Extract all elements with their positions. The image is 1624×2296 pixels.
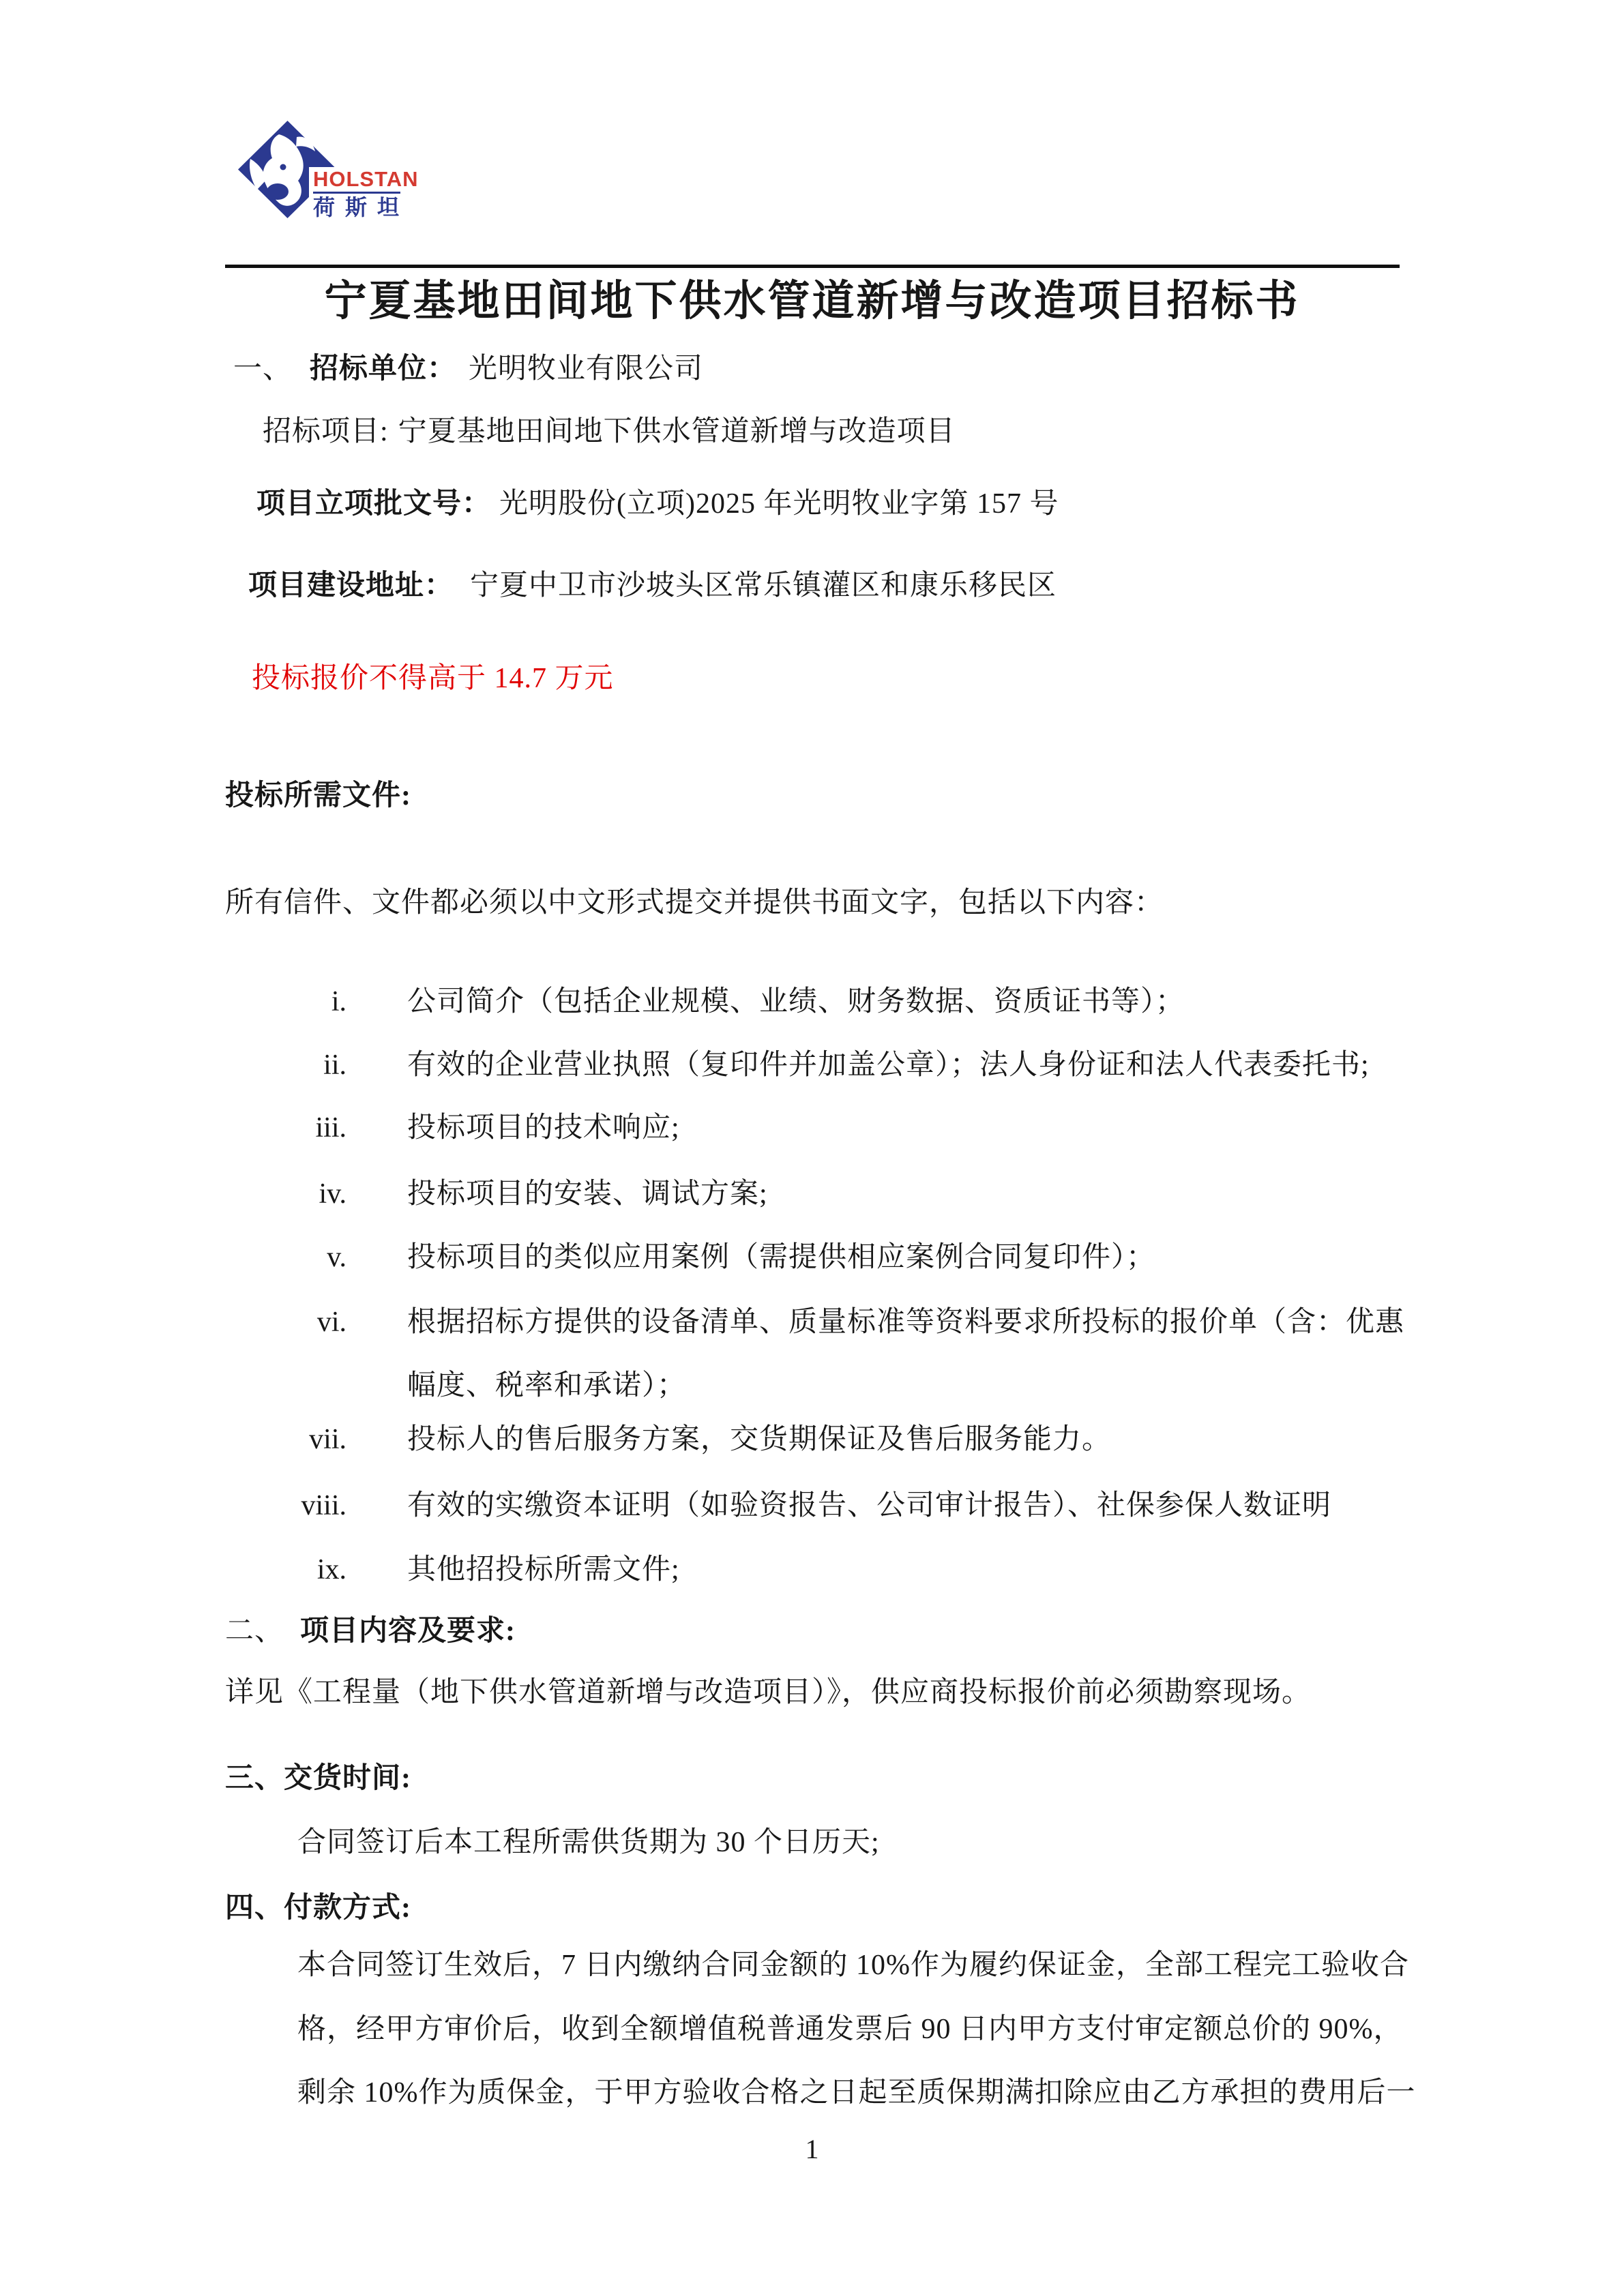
list-item-iv: 投标项目的安装、调试方案; [407, 1176, 768, 1213]
list-item-ii: 有效的企业营业执照（复印件并加盖公章）；法人身份证和法人代表委托书; [407, 1047, 1370, 1084]
header-rule [225, 265, 1400, 268]
list-num-ii: ii. [225, 1047, 346, 1084]
bid-project-label: 招标项目: [263, 416, 389, 447]
page-number: 1 [0, 2133, 1624, 2166]
list-num-iii: iii. [225, 1109, 346, 1147]
list-item-vi-line2: 幅度、税率和承诺）； [407, 1367, 686, 1405]
document-page: HOLSTAN 荷斯坦 宁夏基地田间地下供水管道新增与改造项目招标书 一、招标单… [0, 0, 1624, 2296]
list-item-vi: 根据招标方提供的设备清单、质量标准等资料要求所投标的报价单（含：优惠 [407, 1304, 1404, 1341]
section3-header: 三、交货时间: [225, 1760, 411, 1798]
document-title: 宁夏基地田间地下供水管道新增与改造项目招标书 [0, 276, 1624, 327]
section4-header: 四、付款方式: [225, 1890, 411, 1927]
list-num-i: i. [225, 983, 346, 1021]
logo-brand-latin: HOLSTAN [313, 168, 419, 190]
section2-label: 项目内容及要求: [300, 1615, 516, 1647]
address-value: 宁夏中卫市沙坡头区常乐镇灌区和康乐移民区 [470, 570, 1057, 601]
bid-project-line: 招标项目:宁夏基地田间地下供水管道新增与改造项目 [263, 413, 956, 451]
bid-unit-value: 光明牧业有限公司 [469, 353, 703, 385]
section4-line2: 格，经甲方审价后，收到全额增值税普通发票后 90 日内甲方支付审定额总价的 90… [297, 2011, 1403, 2048]
section2-body: 详见《工程量（地下供水管道新增与改造项目）》，供应商投标报价前必须勘察现场。 [225, 1674, 1311, 1712]
address-label: 项目建设地址： [248, 570, 454, 601]
bid-unit-label: 招标单位： [310, 353, 456, 385]
item-number-2: 二、 [225, 1615, 284, 1647]
list-item-v: 投标项目的类似应用案例（需提供相应案例合同复印件）； [407, 1239, 1155, 1277]
list-item-i: 公司简介（包括企业规模、业绩、财务数据、资质证书等）； [407, 983, 1185, 1021]
list-num-v: v. [225, 1239, 346, 1277]
list-item-viii: 有效的实缴资本证明（如验资报告、公司审计报告）、社保参保人数证明 [407, 1487, 1331, 1525]
section3-body: 合同签订后本工程所需供货期为 30 个日历天; [297, 1824, 880, 1862]
section2-header: 二、项目内容及要求: [225, 1613, 516, 1650]
bid-unit-line: 一、招标单位：光明牧业有限公司 [233, 351, 703, 388]
bid-project-value: 宁夏基地田间地下供水管道新增与改造项目 [398, 416, 956, 447]
project-address-line: 项目建设地址：宁夏中卫市沙坡头区常乐镇灌区和康乐移民区 [248, 567, 1057, 605]
list-num-ix: ix. [225, 1551, 346, 1589]
section4-line1: 本合同签订生效后，7 日内缴纳合同金额的 10%作为履约保证金，全部工程完工验收… [297, 1947, 1409, 1984]
list-num-vii: vii. [225, 1421, 346, 1459]
approval-label: 项目立项批文号： [256, 488, 491, 520]
list-num-vi: vi. [225, 1304, 346, 1341]
logo-brand-cn: 荷斯坦 [313, 196, 419, 218]
list-num-iv: iv. [225, 1176, 346, 1213]
logo-underline [313, 192, 400, 194]
holstan-logo: HOLSTAN 荷斯坦 [238, 121, 531, 243]
approval-number-line: 项目立项批文号：光明股份(立项)2025 年光明牧业字第 157 号 [256, 486, 1059, 523]
docs-intro-line: 所有信件、文件都必须以中文形式提交并提供书面文字，包括以下内容： [225, 884, 1164, 922]
item-number-1: 一、 [233, 353, 292, 385]
price-cap-notice: 投标报价不得高于 14.7 万元 [252, 660, 614, 698]
list-item-ix: 其他招投标所需文件; [407, 1551, 680, 1589]
logo-brand-block: HOLSTAN 荷斯坦 [309, 167, 422, 221]
list-num-viii: viii. [225, 1487, 346, 1525]
required-docs-header: 投标所需文件: [225, 777, 411, 815]
section4-line3: 剩余 10%作为质保金，于甲方验收合格之日起至质保期满扣除应由乙方承担的费用后一 [297, 2074, 1416, 2112]
list-item-iii: 投标项目的技术响应; [407, 1109, 680, 1147]
approval-value: 光明股份(立项)2025 年光明牧业字第 157 号 [499, 488, 1059, 520]
list-item-vii: 投标人的售后服务方案，交货期保证及售后服务能力。 [407, 1421, 1111, 1459]
